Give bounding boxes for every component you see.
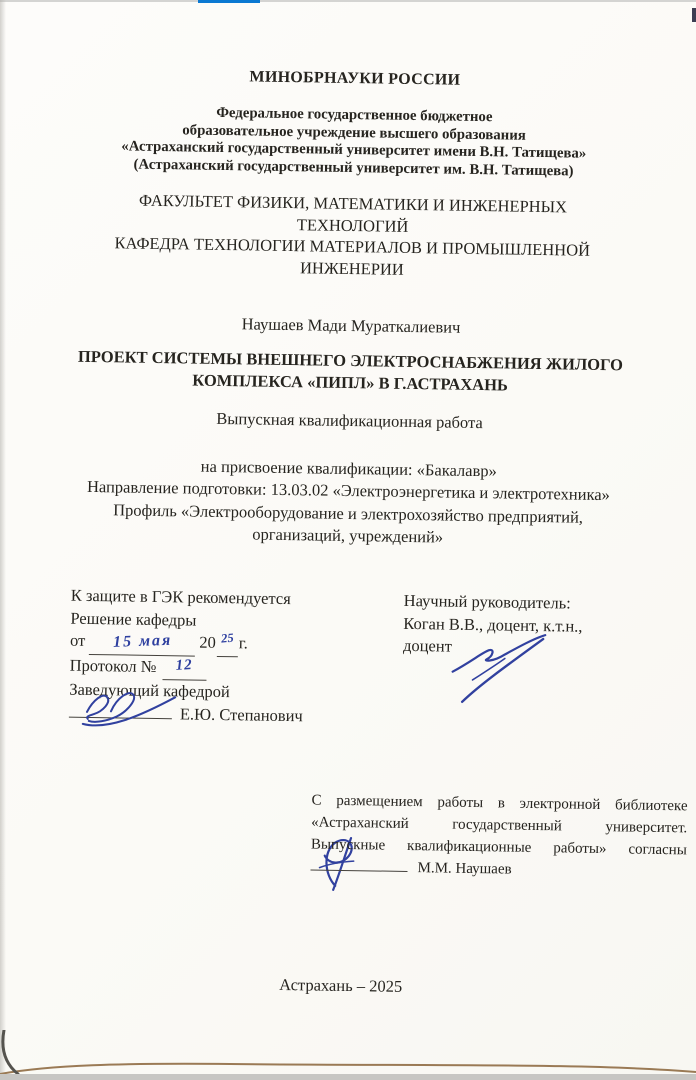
protocol-blank-field: 12 xyxy=(162,656,206,681)
head-signature xyxy=(79,684,184,732)
author-name: Наушаев Мади Мураткалиевич xyxy=(3,311,696,342)
scan-corner-mark xyxy=(0,1030,22,1076)
scan-artifact-right-speck xyxy=(692,8,696,22)
institution-block: Федеральное государственное бюджетное об… xyxy=(5,102,696,183)
handwritten-protocol-number: 12 xyxy=(175,654,193,677)
scan-edge-top xyxy=(0,0,696,2)
scan-artifact-blue-bar xyxy=(198,0,260,3)
date-prefix: от xyxy=(70,631,86,650)
handwritten-year: 25 xyxy=(220,627,234,651)
consent-name: М.М. Наушаев xyxy=(417,860,511,877)
scanned-title-page: МИНОБРНАУКИ РОССИИ Федеральное государст… xyxy=(0,0,696,1080)
head-name: Е.Ю. Степанович xyxy=(180,704,303,725)
page-content: МИНОБРНАУКИ РОССИИ Федеральное государст… xyxy=(0,0,696,1080)
handwritten-date: 15 мая xyxy=(112,630,172,655)
protocol-label: Протокол № xyxy=(70,655,157,675)
thesis-title: ПРОЕКТ СИСТЕМЫ ВНЕШНЕГО ЭЛЕКТРОСНАБЖЕНИЯ… xyxy=(2,345,696,400)
year-suffix: г. xyxy=(239,633,248,652)
date-blank-field: 15 мая xyxy=(89,630,195,656)
ministry-line: МИНОБРНАУКИ РОССИИ xyxy=(7,65,696,94)
work-type: Выпускная квалификационная работа xyxy=(1,406,696,437)
qualification-block: на присвоение квалификации: «Бакалавр» Н… xyxy=(0,453,696,554)
year-blank-field: 25 xyxy=(217,632,238,657)
scan-edge-bottom xyxy=(0,1074,696,1080)
city-year: Астрахань – 2025 xyxy=(0,970,689,1001)
faculty-department-block: ФАКУЛЬТЕТ ФИЗИКИ, МАТЕМАТИКИ И ИНЖЕНЕРНЫ… xyxy=(4,188,696,285)
supervisor-signature xyxy=(442,624,555,708)
year-prefix: 20 xyxy=(199,633,216,652)
consent-block: С размещением работы в электронной библи… xyxy=(310,789,687,883)
consent-signature-blank xyxy=(310,869,407,872)
scan-edge-left xyxy=(0,0,6,1080)
